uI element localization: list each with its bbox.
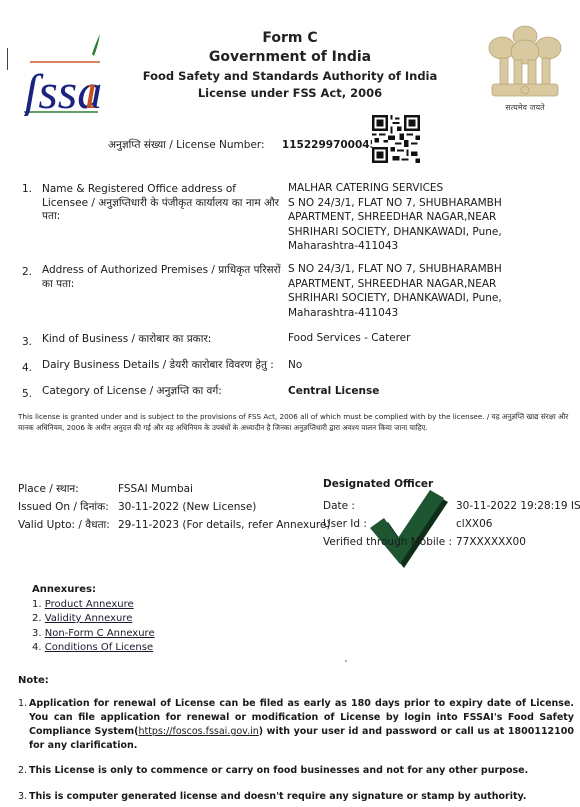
- detail-5-number: 5.: [22, 388, 32, 400]
- issue-values: FSSAI Mumbai 30-11-2022 (New License) 29…: [118, 480, 328, 534]
- note-item-3: 3.This is computer generated license and…: [18, 790, 578, 804]
- act-title: License under FSS Act, 2006: [110, 86, 470, 100]
- note-title: Note:: [18, 675, 49, 686]
- validity-annexure-link[interactable]: Validity Annexure: [45, 613, 133, 624]
- non-form-c-annexure-link[interactable]: Non-Form C Annexure: [45, 628, 155, 639]
- detail-2-value: S NO 24/3/1, FLAT NO 7, SHUBHARAMBH APAR…: [288, 262, 568, 320]
- fssai-logo: ʃssa ı: [22, 28, 102, 116]
- margin-mark: [7, 48, 8, 70]
- detail-1-label: Name & Registered Office address of Lice…: [42, 183, 282, 224]
- place-label: Place / स्थान:: [18, 480, 118, 498]
- qr-code[interactable]: [372, 115, 420, 163]
- stray-dot: [345, 660, 347, 662]
- user-id-label: User Id :: [323, 515, 473, 533]
- valid-label: Valid Upto: / वैधता:: [18, 516, 118, 534]
- government-title: Government of India: [110, 49, 470, 65]
- annexures-title: Annexures:: [32, 583, 155, 598]
- date-label: Date :: [323, 497, 473, 515]
- detail-4-value: No: [288, 358, 568, 373]
- detail-3-number: 3.: [22, 336, 32, 348]
- place-value: FSSAI Mumbai: [118, 480, 328, 498]
- annexure-item: 1. Product Annexure: [32, 598, 155, 613]
- user-id-value: clXX06: [456, 515, 580, 533]
- svg-text:सत्यमेव जयते: सत्यमेव जयते: [505, 102, 545, 112]
- national-emblem: सत्यमेव जयते: [486, 22, 564, 114]
- note-item-1: 1.Application for renewal of License can…: [18, 697, 578, 753]
- annexure-item: 3. Non-Form C Annexure: [32, 627, 155, 642]
- issued-label: Issued On / दिनांक:: [18, 498, 118, 516]
- detail-5-value: Central License: [288, 384, 568, 399]
- mobile-value: 77XXXXXX00: [456, 533, 580, 551]
- annexures-section: Annexures: 1. Product Annexure 2. Validi…: [32, 583, 155, 656]
- detail-3-value: Food Services - Caterer: [288, 331, 568, 346]
- valid-value: 29-11-2023 (For details, refer Annexure): [118, 516, 328, 534]
- detail-4-label: Dairy Business Details / डेयरी कारोबार व…: [42, 359, 292, 373]
- detail-1-value: MALHAR CATERING SERVICES S NO 24/3/1, FL…: [288, 181, 568, 254]
- annexure-item: 4. Conditions Of License: [32, 641, 155, 656]
- authority-title: Food Safety and Standards Authority of I…: [95, 69, 485, 83]
- issued-value: 30-11-2022 (New License): [118, 498, 328, 516]
- detail-5-label: Category of License / अनुज्ञप्ति का वर्ग…: [42, 385, 282, 399]
- license-number-label: अनुज्ञप्ति संख्या / License Number:: [108, 139, 265, 151]
- note-item-2: 2.This License is only to commence or ca…: [18, 764, 578, 778]
- annexure-item: 2. Validity Annexure: [32, 612, 155, 627]
- product-annexure-link[interactable]: Product Annexure: [45, 599, 134, 610]
- issue-labels: Place / स्थान: Issued On / दिनांक: Valid…: [18, 480, 118, 534]
- detail-4-number: 4.: [22, 362, 32, 374]
- foscos-link[interactable]: https://foscos.fssai.gov.in: [138, 726, 258, 737]
- detail-2-label: Address of Authorized Premises / प्राधिक…: [42, 264, 282, 291]
- detail-3-label: Kind of Business / कारोबार का प्रकार:: [42, 333, 282, 347]
- detail-1-number: 1.: [22, 183, 32, 195]
- conditions-of-license-link[interactable]: Conditions Of License: [45, 642, 153, 653]
- detail-2-number: 2.: [22, 266, 32, 278]
- form-title: Form C: [110, 30, 470, 46]
- mobile-label: Verified through Mobile :: [323, 533, 473, 551]
- license-number-row: अनुज्ञप्ति संख्या / License Number: 1152…: [108, 138, 384, 152]
- grant-statement: This license is granted under and is sub…: [18, 411, 574, 433]
- officer-values: 30-11-2022 19:28:19 IST clXX06 77XXXXXX0…: [456, 497, 580, 551]
- officer-labels: Date : User Id : Verified through Mobile…: [323, 497, 473, 551]
- license-number-value: 11522997000455: [282, 139, 384, 151]
- date-value: 30-11-2022 19:28:19 IST: [456, 497, 580, 515]
